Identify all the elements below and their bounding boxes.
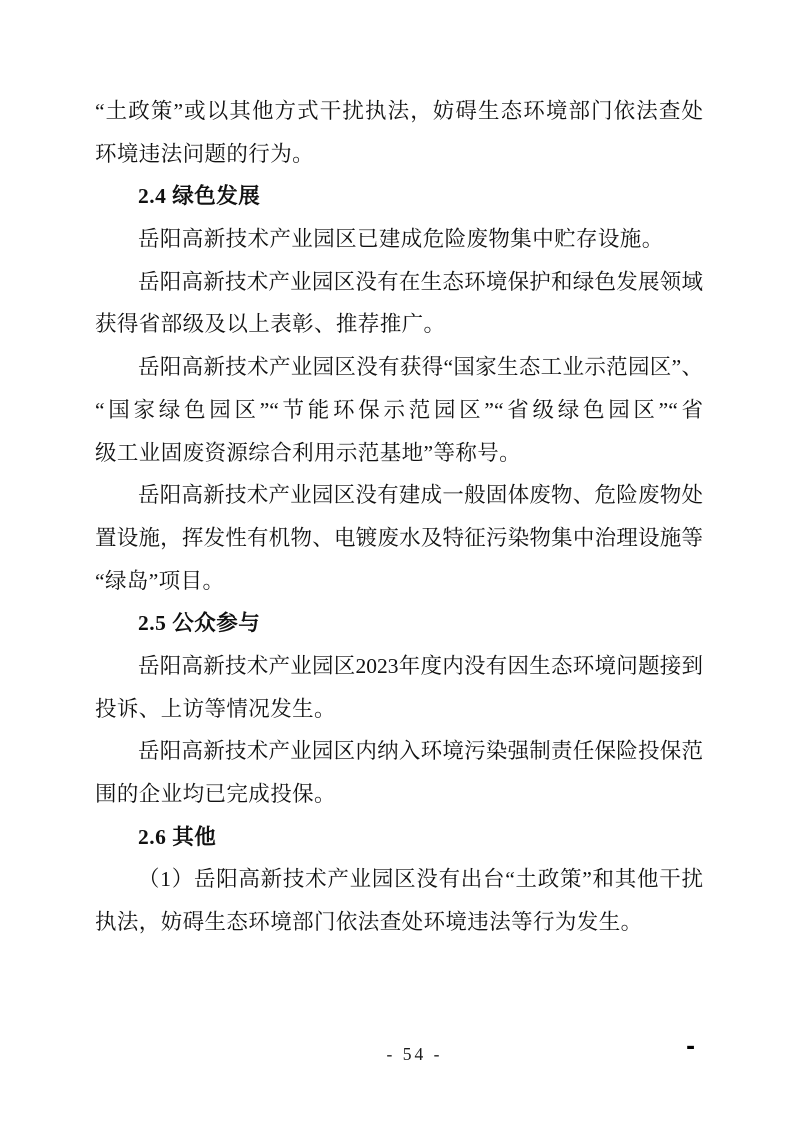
page-number: - 54 -	[387, 1044, 443, 1064]
paragraph-line: 执法，妨碍生态环境部门依法查处环境违法等行为发生。	[95, 901, 703, 944]
paragraph-line: 置设施，挥发性有机物、电镀废水及特征污染物集中治理设施等	[95, 517, 703, 560]
paragraph-line: 级工业固废资源综合利用示范基地”等称号。	[95, 432, 703, 475]
paragraph-line: “土政策”或以其他方式干扰执法，妨碍生态环境部门依法查处	[95, 90, 703, 133]
paragraph-line: 岳阳高新技术产业园区没有获得“国家生态工业示范园区”、	[95, 346, 703, 389]
document-page: “土政策”或以其他方式干扰执法，妨碍生态环境部门依法查处 环境违法问题的行为。 …	[0, 0, 793, 1122]
paragraph-line: 岳阳高新技术产业园区没有在生态环境保护和绿色发展领域	[95, 261, 703, 304]
paragraph-line: 岳阳高新技术产业园区内纳入环境污染强制责任保险投保范	[95, 730, 703, 773]
paragraph-line: 获得省部级及以上表彰、推荐推广。	[95, 303, 703, 346]
section-heading-2-6: 2.6 其他	[95, 816, 703, 859]
document-body: “土政策”或以其他方式干扰执法，妨碍生态环境部门依法查处 环境违法问题的行为。 …	[95, 90, 703, 944]
section-heading-2-4: 2.4 绿色发展	[95, 175, 703, 218]
paragraph-line: “国家绿色园区”“节能环保示范园区”“省级绿色园区”“省	[95, 389, 703, 432]
paragraph-line: “绿岛”项目。	[95, 560, 703, 603]
paragraph-line: 岳阳高新技术产业园区已建成危险废物集中贮存设施。	[95, 218, 703, 261]
paragraph-line: 围的企业均已完成投保。	[95, 773, 703, 816]
paragraph-line: 岳阳高新技术产业园区没有建成一般固体废物、危险废物处	[95, 474, 703, 517]
section-heading-2-5: 2.5 公众参与	[95, 602, 703, 645]
corner-dash-mark: -	[686, 1036, 702, 1060]
paragraph-line: （1）岳阳高新技术产业园区没有出台“土政策”和其他干扰	[95, 858, 703, 901]
paragraph-line: 投诉、上访等情况发生。	[95, 688, 703, 731]
paragraph-line: 环境违法问题的行为。	[95, 133, 703, 176]
paragraph-line: 岳阳高新技术产业园区2023年度内没有因生态环境问题接到	[95, 645, 703, 688]
page-footer: - 54 -	[0, 1042, 793, 1066]
